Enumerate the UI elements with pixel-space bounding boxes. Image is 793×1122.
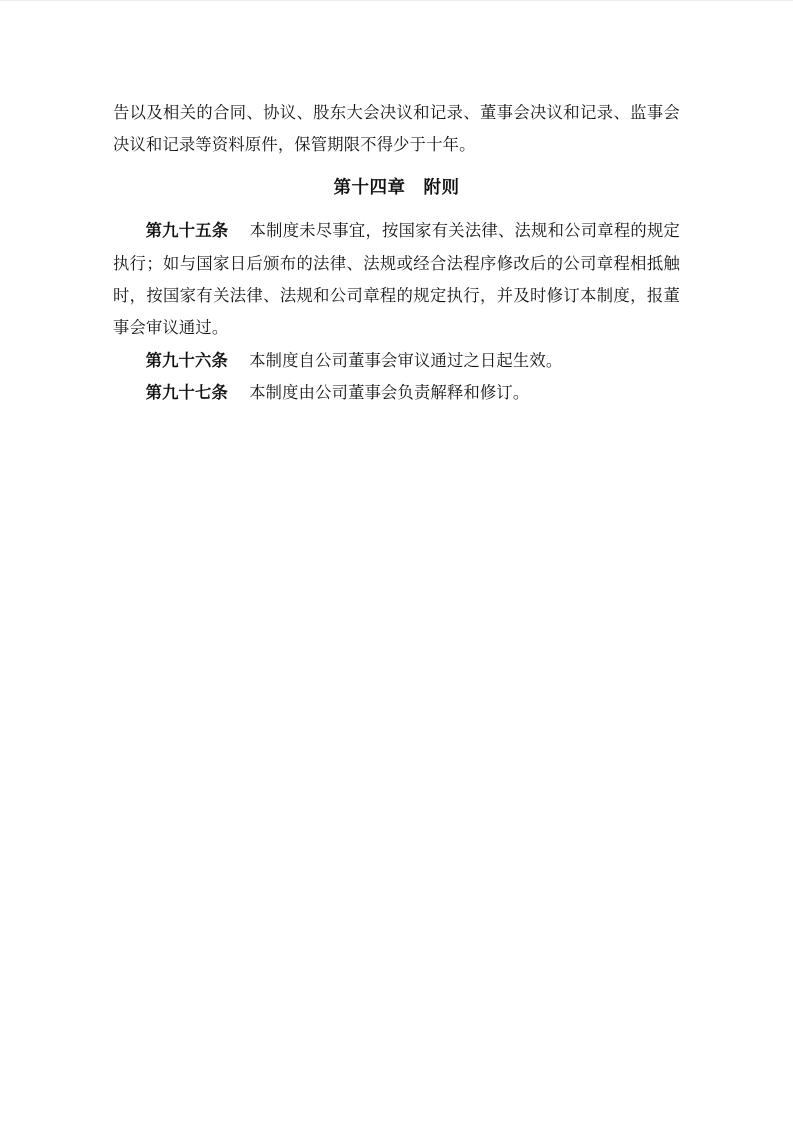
article-paragraph: 第九十七条本制度由公司董事会负责解释和修订。 xyxy=(113,377,680,409)
article-text: 本制度自公司董事会审议通过之日起生效。 xyxy=(249,351,562,370)
article-paragraph: 第九十六条本制度自公司董事会审议通过之日起生效。 xyxy=(113,345,680,377)
article-number: 第九十七条 xyxy=(146,383,228,402)
continuation-paragraph: 告以及相关的合同、协议、股东大会决议和记录、董事会决议和记录、监事会决议和记录等… xyxy=(113,97,680,162)
article-number: 第九十六条 xyxy=(146,351,228,370)
article-text: 本制度由公司董事会负责解释和修订。 xyxy=(249,383,529,402)
article-paragraph: 第九十五条本制度未尽事宜，按国家有关法律、法规和公司章程的规定执行；如与国家日后… xyxy=(113,215,680,345)
document-page: 告以及相关的合同、协议、股东大会决议和记录、董事会决议和记录、监事会决议和记录等… xyxy=(0,0,793,1122)
chapter-heading: 第十四章 附则 xyxy=(113,171,680,203)
article-number: 第九十五条 xyxy=(146,221,229,240)
